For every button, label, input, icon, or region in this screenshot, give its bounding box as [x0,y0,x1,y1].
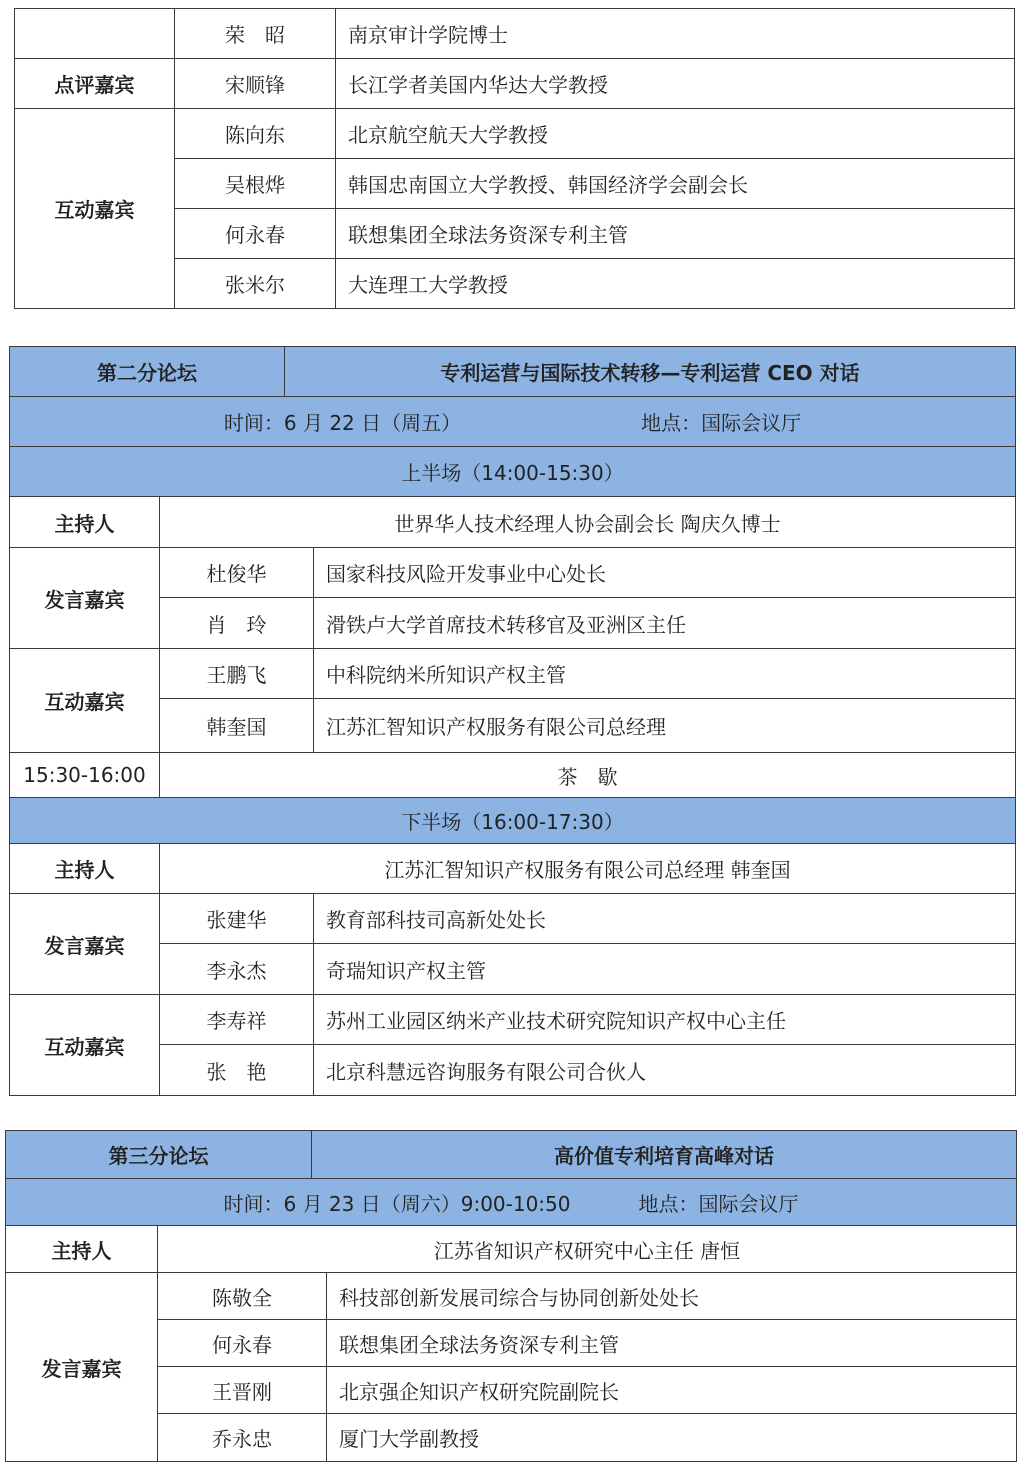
guest-name: 宋顺锋 [175,59,336,109]
forum-header-row: 第三分论坛 高价值专利培育高峰对话 [6,1131,1017,1179]
break-label: 茶 歇 [160,753,1016,798]
host-value: 世界华人技术经理人协会副会长 陶庆久博士 [160,497,1016,548]
host-label: 主持人 [10,497,160,548]
host-label: 主持人 [10,844,160,894]
guest-name: 王鹏飞 [160,649,314,699]
guest-name: 乔永忠 [158,1414,327,1462]
forum-topic: 专利运营与国际技术转移—专利运营 CEO 对话 [285,347,1016,397]
role-label: 点评嘉宾 [15,59,175,109]
guest-name: 张 艳 [160,1045,314,1096]
guest-title: 北京航空航天大学教授 [336,109,1015,159]
forum2-table: 第二分论坛 专利运营与国际技术转移—专利运营 CEO 对话 时间：6 月 22 … [9,346,1016,1096]
forum-time: 时间：6 月 23 日（周六）9:00-10:50 [223,1192,570,1216]
table-row: 互动嘉宾 李寿祥 苏州工业园区纳米产业技术研究院知识产权中心主任 [10,995,1016,1045]
forum-header-row: 第二分论坛 专利运营与国际技术转移—专利运营 CEO 对话 [10,347,1016,397]
forum3-table: 第三分论坛 高价值专利培育高峰对话 时间：6 月 23 日（周六）9:00-10… [5,1130,1017,1462]
guest-name: 李寿祥 [160,995,314,1045]
guest-title: 北京强企知识产权研究院副院长 [327,1367,1017,1414]
role-label: 发言嘉宾 [10,894,160,995]
guest-title: 长江学者美国内华达大学教授 [336,59,1015,109]
session-row: 下半场（16:00-17:30） [10,798,1016,844]
guest-name: 李永杰 [160,944,314,995]
role-cell [15,9,175,59]
upper-session-label: 上半场（14:00-15:30） [10,447,1016,497]
table-row: 李永杰 奇瑞知识产权主管 [10,944,1016,995]
guest-name: 肖 玲 [160,598,314,649]
forum-venue: 地点：国际会议厅 [639,1192,799,1216]
table-row: 发言嘉宾 陈敬全 科技部创新发展司综合与协同创新处处长 [6,1273,1017,1320]
forum-time: 时间：6 月 22 日（周五） [224,411,461,435]
guest-name: 何永春 [158,1320,327,1367]
table-row: 王晋刚 北京强企知识产权研究院副院长 [6,1367,1017,1414]
guest-title: 科技部创新发展司综合与协同创新处处长 [327,1273,1017,1320]
guest-name: 张米尔 [175,259,336,309]
session-row: 上半场（14:00-15:30） [10,447,1016,497]
time-venue-row: 时间：6 月 22 日（周五）地点：国际会议厅 [10,397,1016,447]
forum-label: 第二分论坛 [10,347,285,397]
role-label: 互动嘉宾 [15,109,175,309]
forum-topic: 高价值专利培育高峰对话 [312,1131,1017,1179]
break-time: 15:30-16:00 [10,753,160,798]
guest-title: 南京审计学院博士 [336,9,1015,59]
guest-name: 张建华 [160,894,314,944]
time-venue-cell: 时间：6 月 22 日（周五）地点：国际会议厅 [10,397,1016,447]
table-row: 互动嘉宾 陈向东 北京航空航天大学教授 [15,109,1015,159]
table-row: 乔永忠 厦门大学副教授 [6,1414,1017,1462]
guest-title: 厦门大学副教授 [327,1414,1017,1462]
table-row: 点评嘉宾 宋顺锋 长江学者美国内华达大学教授 [15,59,1015,109]
guest-title: 江苏汇智知识产权服务有限公司总经理 [314,699,1016,753]
guest-name: 陈敬全 [158,1273,327,1320]
time-venue-cell: 时间：6 月 23 日（周六）9:00-10:50地点：国际会议厅 [6,1179,1017,1226]
table-row: 发言嘉宾 杜俊华 国家科技风险开发事业中心处长 [10,548,1016,598]
guest-title: 滑铁卢大学首席技术转移官及亚洲区主任 [314,598,1016,649]
table-row: 张 艳 北京科慧远咨询服务有限公司合伙人 [10,1045,1016,1096]
table-row: 荣 昭 南京审计学院博士 [15,9,1015,59]
guest-title: 奇瑞知识产权主管 [314,944,1016,995]
forum-venue: 地点：国际会议厅 [641,411,801,435]
table-row: 主持人 世界华人技术经理人协会副会长 陶庆久博士 [10,497,1016,548]
guest-title: 中科院纳米所知识产权主管 [314,649,1016,699]
guest-title: 苏州工业园区纳米产业技术研究院知识产权中心主任 [314,995,1016,1045]
lower-session-label: 下半场（16:00-17:30） [10,798,1016,844]
guest-title: 大连理工大学教授 [336,259,1015,309]
host-label: 主持人 [6,1226,158,1273]
table-row: 主持人 江苏汇智知识产权服务有限公司总经理 韩奎国 [10,844,1016,894]
table-row: 韩奎国 江苏汇智知识产权服务有限公司总经理 [10,699,1016,753]
guest-name: 吴根烨 [175,159,336,209]
guest-title: 北京科慧远咨询服务有限公司合伙人 [314,1045,1016,1096]
role-label: 发言嘉宾 [6,1273,158,1462]
host-value: 江苏省知识产权研究中心主任 唐恒 [158,1226,1017,1273]
role-label: 互动嘉宾 [10,995,160,1096]
guest-name: 荣 昭 [175,9,336,59]
table-row: 发言嘉宾 张建华 教育部科技司高新处处长 [10,894,1016,944]
guest-title: 韩国忠南国立大学教授、韩国经济学会副会长 [336,159,1015,209]
forum-label: 第三分论坛 [6,1131,312,1179]
table-row: 主持人 江苏省知识产权研究中心主任 唐恒 [6,1226,1017,1273]
time-venue-row: 时间：6 月 23 日（周六）9:00-10:50地点：国际会议厅 [6,1179,1017,1226]
break-row: 15:30-16:00 茶 歇 [10,753,1016,798]
guest-title: 联想集团全球法务资深专利主管 [336,209,1015,259]
guest-name: 陈向东 [175,109,336,159]
role-label: 发言嘉宾 [10,548,160,649]
guest-name: 韩奎国 [160,699,314,753]
guest-name: 杜俊华 [160,548,314,598]
guest-name: 王晋刚 [158,1367,327,1414]
forum1-continuation-table: 荣 昭 南京审计学院博士 点评嘉宾 宋顺锋 长江学者美国内华达大学教授 互动嘉宾… [14,8,1015,309]
role-label: 互动嘉宾 [10,649,160,753]
guest-title: 联想集团全球法务资深专利主管 [327,1320,1017,1367]
host-value: 江苏汇智知识产权服务有限公司总经理 韩奎国 [160,844,1016,894]
table-row: 肖 玲 滑铁卢大学首席技术转移官及亚洲区主任 [10,598,1016,649]
table-row: 互动嘉宾 王鹏飞 中科院纳米所知识产权主管 [10,649,1016,699]
table-row: 何永春 联想集团全球法务资深专利主管 [6,1320,1017,1367]
guest-name: 何永春 [175,209,336,259]
guest-title: 国家科技风险开发事业中心处长 [314,548,1016,598]
guest-title: 教育部科技司高新处处长 [314,894,1016,944]
